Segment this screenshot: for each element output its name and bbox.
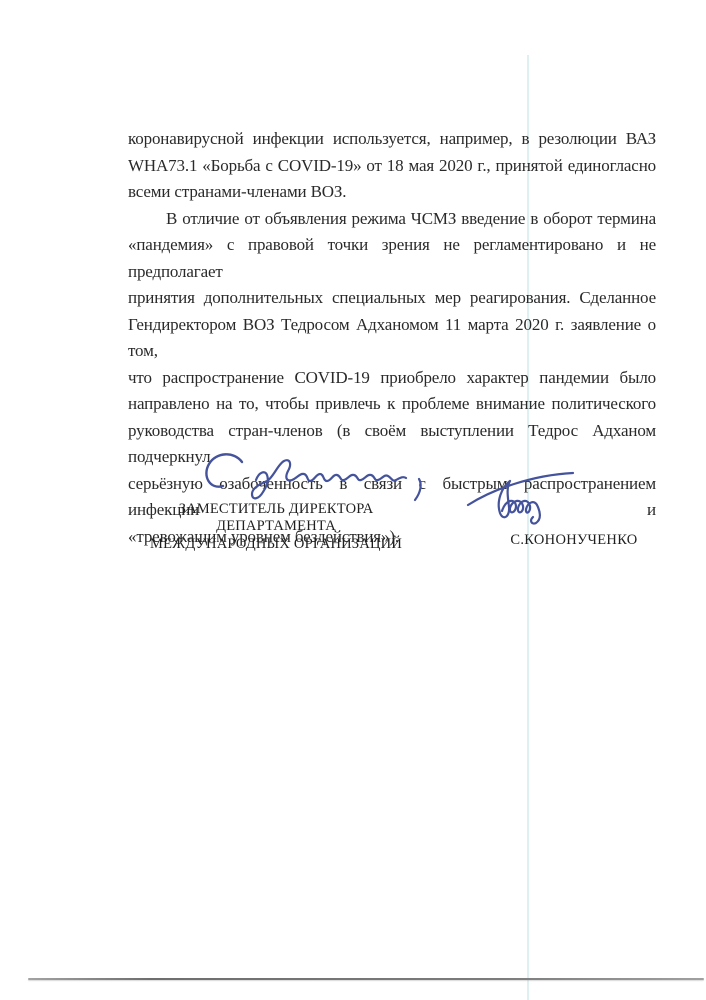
body-text-line: «пандемия» с правовой точки зрения не ре… bbox=[128, 232, 656, 285]
signer-title-block: ЗАМЕСТИТЕЛЬ ДИРЕКТОРА ДЕПАРТАМЕНТА МЕЖДУ… bbox=[128, 501, 424, 553]
signer-title-line: МЕЖДУНАРОДНЫХ ОРГАНИЗАЦИЙ bbox=[128, 536, 424, 553]
paragraph: коронавирусной инфекции используется, на… bbox=[128, 126, 656, 206]
body-text-line: WHA73.1 «Борьба с COVID-19» от 18 мая 20… bbox=[128, 153, 656, 180]
body-text-line: принятия дополнительных специальных мер … bbox=[128, 285, 656, 312]
body-text-line: В отличие от объявления режима ЧСМЗ введ… bbox=[128, 206, 656, 233]
handwritten-signature bbox=[458, 455, 583, 537]
body-text-line: Гендиректором ВОЗ Тедросом Адханомом 11 … bbox=[128, 312, 656, 365]
signer-title-line: ДЕПАРТАМЕНТА bbox=[128, 518, 424, 535]
body-text-line: коронавирусной инфекции используется, на… bbox=[128, 126, 656, 153]
page-bottom-scan-edge bbox=[28, 978, 704, 980]
body-text-line: направлено на то, чтобы привлечь к пробл… bbox=[128, 391, 656, 418]
signer-title-line: ЗАМЕСТИТЕЛЬ ДИРЕКТОРА bbox=[128, 501, 424, 518]
scanned-letter-page: коронавирусной инфекции используется, на… bbox=[0, 0, 706, 1000]
body-text-line: всеми странами-членами ВОЗ. bbox=[128, 179, 656, 206]
signer-name: С.КОНОНУЧЕНКО bbox=[498, 532, 650, 549]
body-text-line: что распространение COVID-19 приобрело х… bbox=[128, 365, 656, 392]
